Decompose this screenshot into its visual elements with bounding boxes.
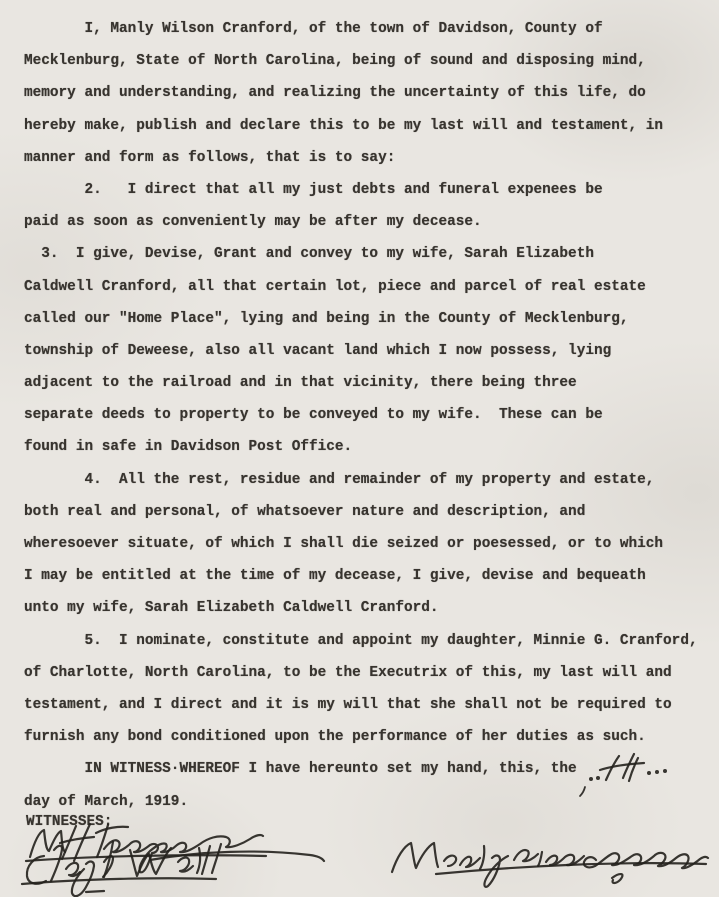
typed-line: manner and form as follows, that is to s… bbox=[24, 142, 719, 174]
signature-witness-cloyd bbox=[22, 842, 622, 896]
signature-witness-thompson bbox=[26, 824, 266, 872]
witnesses-label: WITNESSES: bbox=[26, 814, 112, 830]
typed-text-block: I, Manly Wilson Cranford, of the town of… bbox=[24, 13, 719, 818]
typed-line: Caldwell Cranford, all that certain lot,… bbox=[24, 271, 719, 303]
typed-line: day of March, 1919. bbox=[24, 786, 719, 818]
signature-testator-cranford bbox=[392, 843, 708, 887]
typed-line: both real and personal, of whatsoever na… bbox=[24, 496, 719, 528]
typed-line: Mecklenburg, State of North Carolina, be… bbox=[24, 45, 719, 77]
typed-line: unto my wife, Sarah Elizabeth Caldwell C… bbox=[24, 592, 719, 624]
typed-line: of Charlotte, North Carolina, to be the … bbox=[24, 657, 719, 689]
typed-line: testament, and I direct and it is my wil… bbox=[24, 689, 719, 721]
typed-line: 3. I give, Devise, Grant and convey to m… bbox=[24, 238, 719, 270]
will-document-page: I, Manly Wilson Cranford, of the town of… bbox=[0, 0, 719, 897]
typed-line: separate deeds to property to be conveye… bbox=[24, 399, 719, 431]
typed-line: called our "Home Place", lying and being… bbox=[24, 303, 719, 335]
typed-line: wheresoever situate, of which I shall di… bbox=[24, 528, 719, 560]
typed-line: 2. I direct that all my just debts and f… bbox=[24, 174, 719, 206]
typed-line: adjacent to the railroad and in that vic… bbox=[24, 367, 719, 399]
typed-line: 4. All the rest, residue and remainder o… bbox=[24, 464, 719, 496]
typed-line: township of Deweese, also all vacant lan… bbox=[24, 335, 719, 367]
typed-line: I, Manly Wilson Cranford, of the town of… bbox=[24, 13, 719, 45]
typed-line: memory and understanding, and realizing … bbox=[24, 77, 719, 109]
typed-line: hereby make, publish and declare this to… bbox=[24, 110, 719, 142]
typed-line: furnish any bond conditioned upon the pe… bbox=[24, 721, 719, 753]
typed-line: 5. I nominate, constitute and appoint my… bbox=[24, 625, 719, 657]
typed-line: IN WITNESS·WHEREOF I have hereunto set m… bbox=[24, 753, 719, 785]
typed-line: paid as soon as conveniently may be afte… bbox=[24, 206, 719, 238]
typed-line: found in safe in Davidson Post Office. bbox=[24, 431, 719, 463]
typed-line: I may be entitled at the time of my dece… bbox=[24, 560, 719, 592]
